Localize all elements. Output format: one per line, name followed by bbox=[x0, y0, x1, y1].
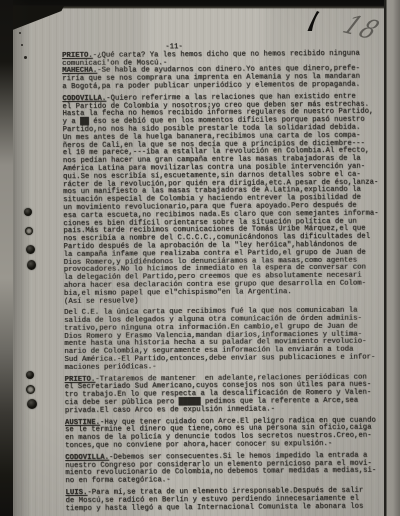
scan-edge-left-fade bbox=[13, 0, 31, 516]
hole-punch-dot bbox=[27, 260, 36, 270]
paragraph: LUIS.-Para mí,se trata de un elemento ir… bbox=[65, 487, 393, 513]
paragraph: MAHECHA.-Se habla de ayudarnos con diner… bbox=[62, 66, 390, 92]
text-line: maciones periódicas.- bbox=[65, 362, 393, 372]
handwritten-page-number: 18 bbox=[338, 9, 386, 45]
hole-punch-dot bbox=[26, 385, 35, 394]
scan-edge-left bbox=[0, 0, 13, 516]
pen-stroke-mark bbox=[303, 9, 321, 33]
speaker-name: CODOVILLA. bbox=[62, 94, 106, 102]
speaker-name: PRIETO. bbox=[62, 52, 93, 60]
paper-speck bbox=[19, 32, 21, 34]
hole-punch-dot bbox=[27, 399, 37, 409]
text-line: no en forma categórica.- bbox=[65, 476, 393, 486]
hole-punch-dot bbox=[24, 208, 32, 216]
text-line: privada.El caso Arco es de expulsión inm… bbox=[65, 405, 393, 415]
text-line: tiempo y hasta llegó a que la Internacio… bbox=[66, 503, 394, 513]
paragraph: CODOVILLA.-Quiero referirme a las relaci… bbox=[62, 93, 392, 306]
paragraph: Del C.E. la única carta que recibimos fu… bbox=[64, 308, 392, 373]
paper-speck bbox=[21, 44, 23, 46]
paragraph: CODOVILLA.-Debemos ser consecuentes.Si l… bbox=[65, 452, 393, 486]
text-line: tonces,que no conviene por ahora,hacer c… bbox=[65, 440, 393, 450]
text-line: (Así se resuelve) bbox=[64, 296, 392, 306]
hole-punch-dot bbox=[26, 245, 35, 254]
text-line: a Bogotá,pa ra poder publicar unperiódic… bbox=[62, 81, 390, 91]
paragraph: PRIETO.-Trataremos de mantener en adelan… bbox=[65, 374, 393, 416]
typewritten-text: -11- PRIETO.-¿Qué carta? Ya les hemos di… bbox=[62, 42, 394, 513]
paragraph: AUSTINE.-Hay que tener cuidado con Arce.… bbox=[65, 417, 393, 451]
hole-punch-dot bbox=[25, 227, 33, 235]
paper-speck bbox=[24, 56, 27, 59]
speaker-name: CODOVILLA. bbox=[65, 453, 109, 461]
hole-punch-dot bbox=[26, 371, 34, 379]
scanned-document-page: 18 -11- PRIETO.-¿Qué carta? Ya les hemos… bbox=[0, 0, 400, 516]
speaker-name: LUIS. bbox=[65, 489, 87, 497]
